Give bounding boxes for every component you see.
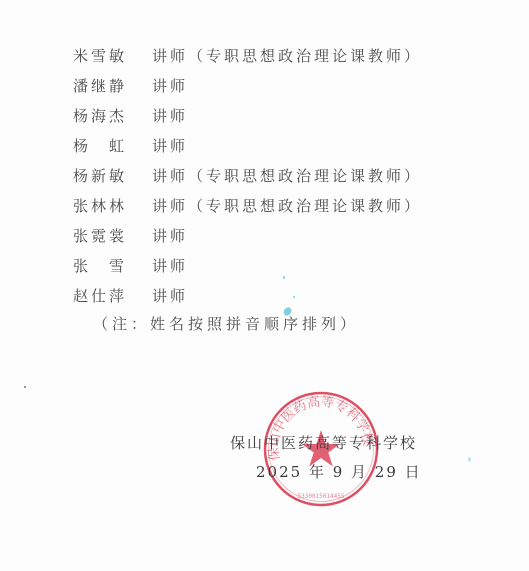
scan-speck xyxy=(293,296,295,298)
roster-row: 张 霓 裳 讲师 xyxy=(73,220,422,250)
person-title: 讲师 xyxy=(152,105,188,126)
roster-row: 张 雪 讲师 xyxy=(73,250,422,280)
person-name: 潘 继 静 xyxy=(73,75,152,96)
roster-row: 杨 海 杰 讲师 xyxy=(73,100,422,130)
person-name: 杨 虹 xyxy=(73,135,152,156)
roster-row: 潘 继 静 讲师 xyxy=(73,70,422,100)
faculty-roster: 米 雪 敏 讲师（专职思想政治理论课教师） 潘 继 静 讲师 杨 海 xyxy=(73,40,422,310)
person-title: 讲师（专职思想政治理论课教师） xyxy=(152,195,422,216)
person-name: 张 雪 xyxy=(73,255,152,276)
person-name: 米 雪 敏 xyxy=(73,45,152,66)
person-name: 杨 新 敏 xyxy=(73,165,152,186)
person-title: 讲师（专职思想政治理论课教师） xyxy=(152,165,422,186)
organization-name: 保山中医药高等专科学校 xyxy=(230,432,430,453)
scan-speck xyxy=(283,276,285,279)
signature-date: 2025 年 9 月 29 日 xyxy=(230,461,430,482)
scan-speck xyxy=(468,457,471,462)
roster-row: 张 林 林 讲师（专职思想政治理论课教师） xyxy=(73,190,422,220)
svg-text:5330015014455: 5330015014455 xyxy=(298,493,345,500)
document-page: 米 雪 敏 讲师（专职思想政治理论课教师） 潘 继 静 讲师 杨 海 xyxy=(0,0,529,571)
person-title: 讲师 xyxy=(152,135,188,156)
roster-row: 赵 仕 萍 讲师 xyxy=(73,280,422,310)
person-title: 讲师（专职思想政治理论课教师） xyxy=(152,45,422,66)
person-title: 讲师 xyxy=(152,225,188,246)
person-title: 讲师 xyxy=(152,285,188,306)
roster-row: 米 雪 敏 讲师（专职思想政治理论课教师） xyxy=(73,40,422,70)
person-title: 讲师 xyxy=(152,75,188,96)
roster-row: 杨 虹 讲师 xyxy=(73,130,422,160)
roster-row: 杨 新 敏 讲师（专职思想政治理论课教师） xyxy=(73,160,422,190)
person-name: 赵 仕 萍 xyxy=(73,285,152,306)
person-name: 张 霓 裳 xyxy=(73,225,152,246)
person-title: 讲师 xyxy=(152,255,188,276)
scan-dot xyxy=(24,386,26,388)
signature-block: 保山中医药高等专科学校 2025 年 9 月 29 日 xyxy=(230,432,430,482)
ordering-note: （注：姓名按照拼音顺序排列） xyxy=(93,313,359,334)
person-name: 张 林 林 xyxy=(73,195,152,216)
person-name: 杨 海 杰 xyxy=(73,105,152,126)
